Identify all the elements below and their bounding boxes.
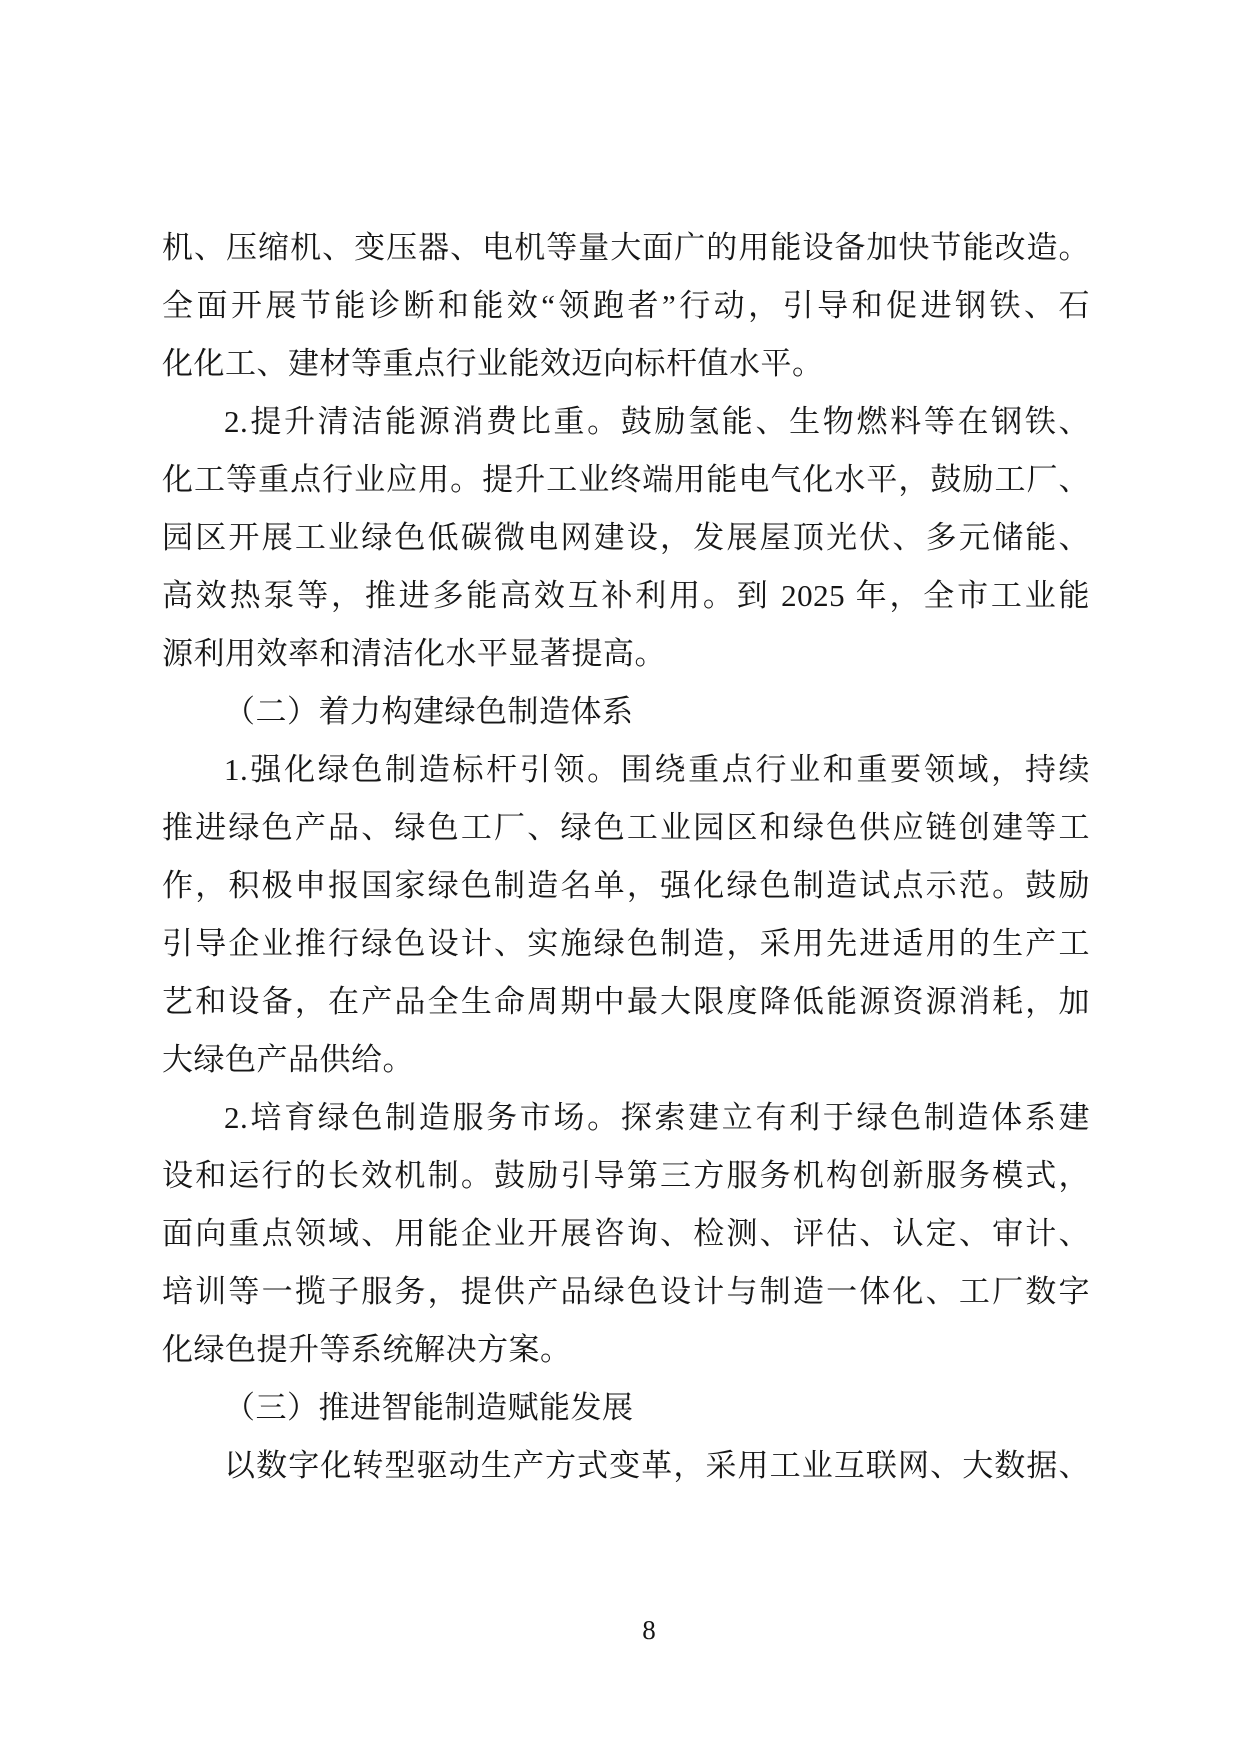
text-line: 2.培育绿色制造服务市场。探索建立有利于绿色制造体系建 <box>162 1089 1090 1147</box>
document-page: 机、压缩机、变压器、电机等量大面广的用能设备加快节能改造。全面开展节能诊断和能效… <box>0 0 1240 1754</box>
text-line: 培训等一揽子服务，提供产品绿色设计与制造一体化、工厂数字 <box>162 1263 1090 1321</box>
text-line: 面向重点领域、用能企业开展咨询、检测、评估、认定、审计、 <box>162 1205 1090 1263</box>
text-line: 推进绿色产品、绿色工厂、绿色工业园区和绿色供应链创建等工 <box>162 799 1090 857</box>
text-line: 设和运行的长效机制。鼓励引导第三方服务机构创新服务模式， <box>162 1147 1090 1205</box>
text-line: 2.提升清洁能源消费比重。鼓励氢能、生物燃料等在钢铁、 <box>162 393 1090 451</box>
text-line: 高效热泵等，推进多能高效互补利用。到 2025 年，全市工业能 <box>162 567 1090 625</box>
text-line: 大绿色产品供给。 <box>162 1031 1090 1089</box>
text-line: （二）着力构建绿色制造体系 <box>162 683 1090 741</box>
text-line: 艺和设备，在产品全生命周期中最大限度降低能源资源消耗，加 <box>162 973 1090 1031</box>
text-line: 机、压缩机、变压器、电机等量大面广的用能设备加快节能改造。 <box>162 219 1090 277</box>
text-line: 园区开展工业绿色低碳微电网建设，发展屋顶光伏、多元储能、 <box>162 509 1090 567</box>
text-line: 1.强化绿色制造标杆引领。围绕重点行业和重要领域，持续 <box>162 741 1090 799</box>
text-line: 以数字化转型驱动生产方式变革，采用工业互联网、大数据、 <box>162 1437 1090 1495</box>
text-line: 引导企业推行绿色设计、实施绿色制造，采用先进适用的生产工 <box>162 915 1090 973</box>
text-line: 全面开展节能诊断和能效“领跑者”行动，引导和促进钢铁、石 <box>162 277 1090 335</box>
page-number: 8 <box>579 1610 719 1650</box>
text-line: 化化工、建材等重点行业能效迈向标杆值水平。 <box>162 335 1090 393</box>
text-line: （三）推进智能制造赋能发展 <box>162 1379 1090 1437</box>
text-line: 化工等重点行业应用。提升工业终端用能电气化水平，鼓励工厂、 <box>162 451 1090 509</box>
text-line: 化绿色提升等系统解决方案。 <box>162 1321 1090 1379</box>
document-body: 机、压缩机、变压器、电机等量大面广的用能设备加快节能改造。全面开展节能诊断和能效… <box>162 219 1090 1495</box>
text-line: 源利用效率和清洁化水平显著提高。 <box>162 625 1090 683</box>
text-line: 作，积极申报国家绿色制造名单，强化绿色制造试点示范。鼓励 <box>162 857 1090 915</box>
